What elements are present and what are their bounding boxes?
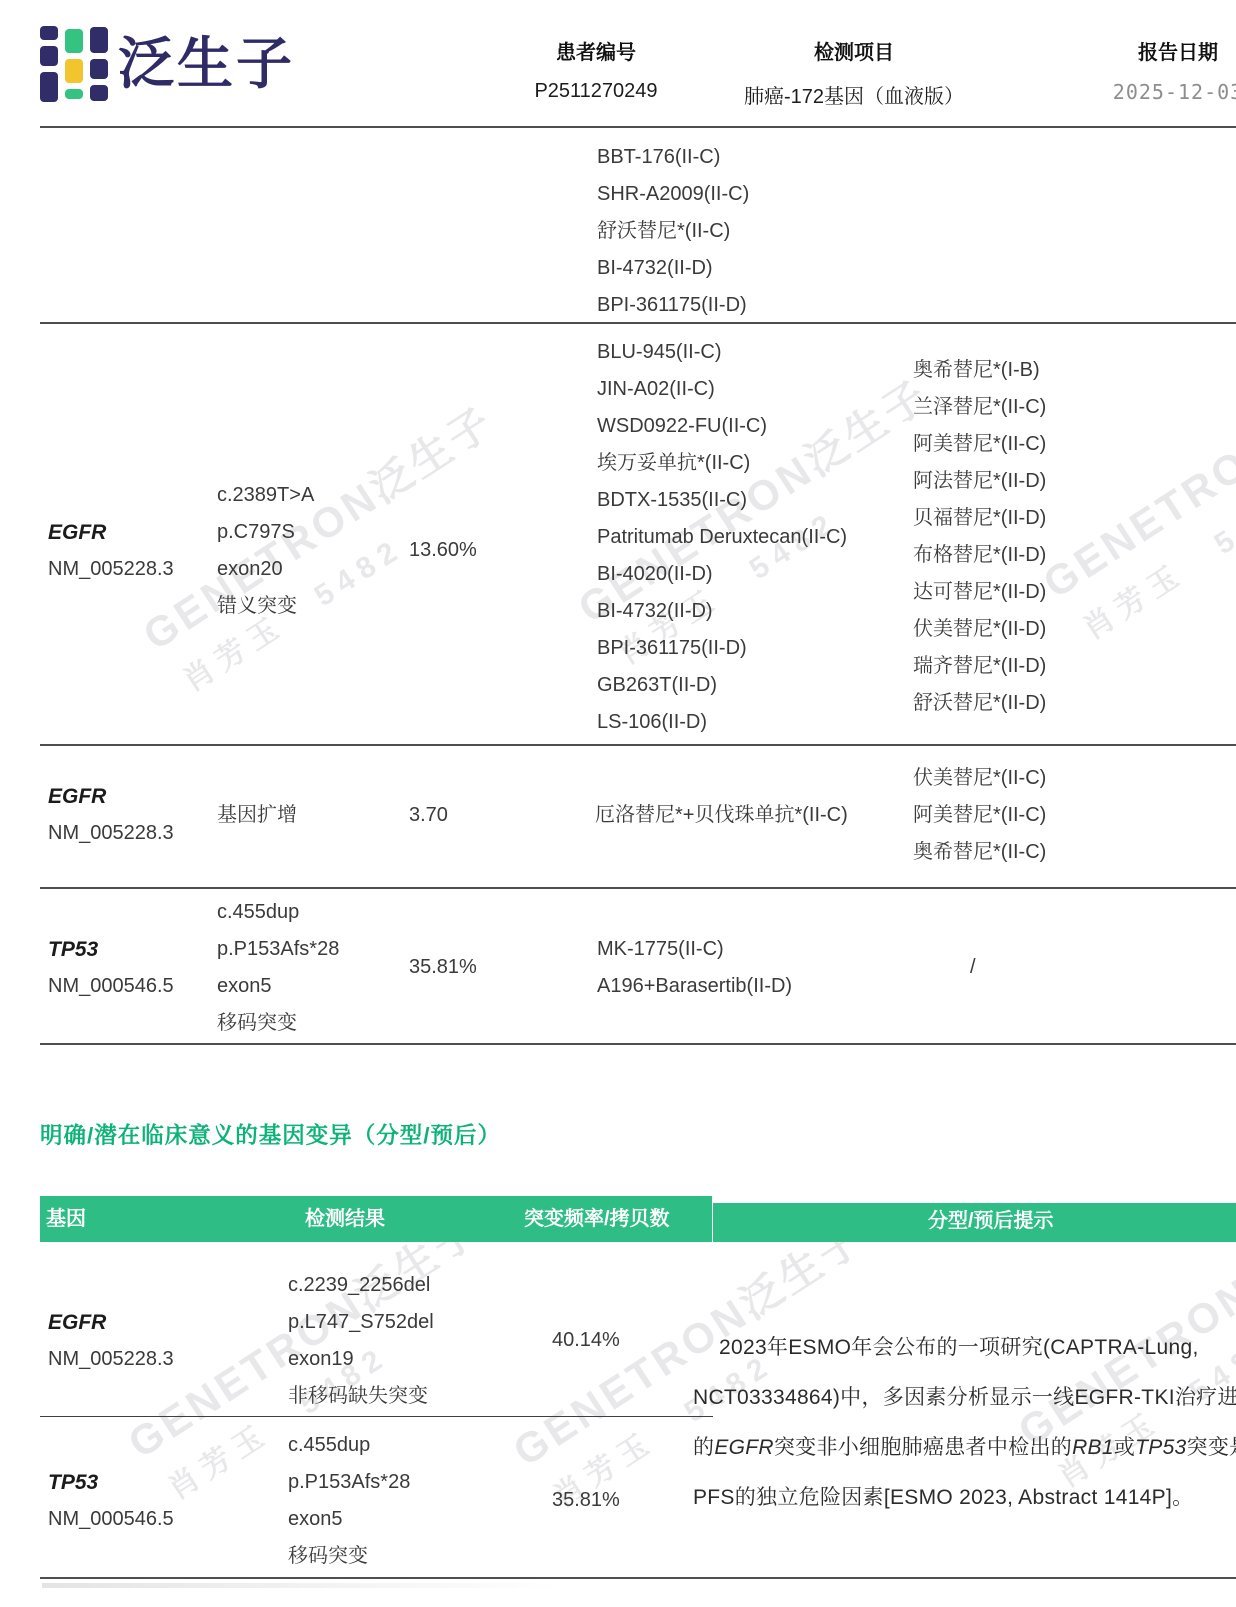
logo-block (40, 26, 58, 40)
result-line: 移码突变 (217, 1005, 339, 1042)
gene-name: TP53 (48, 1464, 98, 1501)
drug-item: BPI-361175(II-D) (597, 287, 749, 324)
transcript-id: NM_005228.3 (48, 551, 174, 588)
column-header-gene: 基因 (46, 1206, 86, 1232)
logo-block (40, 46, 58, 66)
divider (40, 1043, 1236, 1045)
approved-drug-list: / (970, 949, 976, 986)
logo-grid-col (40, 26, 58, 102)
drug-item: 舒沃替尼*(II-C) (597, 213, 749, 250)
drug-item: JIN-A02(II-C) (597, 371, 847, 408)
logo-grid-col (65, 29, 83, 99)
test-item-label: 检测项目 (754, 36, 954, 65)
watermark-subtext: 肖芳玉 5482 (1073, 393, 1236, 648)
result-line: c.2389T>A (217, 477, 314, 514)
result-line: exon19 (288, 1341, 434, 1378)
mutation-frequency: 35.81% (552, 1482, 620, 1519)
drug-item: SHR-A2009(II-C) (597, 176, 749, 213)
result-line: exon5 (288, 1501, 410, 1538)
patient-id-value: P2511270249 (490, 80, 702, 103)
result-line: p.P153Afs*28 (217, 931, 339, 968)
column-header-result: 检测结果 (305, 1206, 385, 1232)
note-segment: 突变非小细胞肺癌患者中检出的 (774, 1436, 1072, 1459)
genetron-logo: 泛生子 (40, 22, 295, 106)
drug-item: BI-4732(II-D) (597, 593, 847, 630)
watermark-text: GENETRON泛生子 (130, 390, 505, 663)
prognosis-note-line: 的EGFR突变非小细胞肺癌患者中检出的RB1或TP53突变是 (693, 1433, 1236, 1463)
drug-item: 舒沃替尼*(II-D) (913, 685, 1046, 722)
scan-artifact (42, 1583, 562, 1588)
result-line: exon5 (217, 968, 339, 1005)
result-line: c.2239_2256del (288, 1267, 434, 1304)
mutation-frequency: 40.14% (552, 1322, 620, 1359)
watermark-text: GENETRON泛生子 (1030, 338, 1236, 611)
result-lines: c.455dupp.P153Afs*28exon5移码突变 (288, 1427, 410, 1575)
genetron-logo-icon (40, 22, 108, 106)
note-segment: NCT03334864)中，多因素分析显示一线EGFR-TKI治疗进展 (693, 1386, 1236, 1409)
drug-item: 埃万妥单抗*(II-C) (597, 445, 847, 482)
report-page: GENETRON泛生子 肖芳玉 5482 GENETRON泛生子 肖芳玉 548… (0, 0, 1236, 1607)
drug-item: BI-4732(II-D) (597, 250, 749, 287)
trial-drug-list: BLU-945(II-C)JIN-A02(II-C)WSD0922-FU(II-… (597, 334, 847, 741)
drug-item: GB263T(II-D) (597, 667, 847, 704)
drug-item: BLU-945(II-C) (597, 334, 847, 371)
divider (40, 1577, 1236, 1579)
note-segment: EGFR (714, 1436, 774, 1459)
result-lines: c.2239_2256delp.L747_S752delexon19非移码缺失突… (288, 1267, 434, 1415)
gene-name: EGFR (48, 778, 106, 815)
logo-block (65, 89, 83, 99)
drug-item: WSD0922-FU(II-C) (597, 408, 847, 445)
drug-item: MK-1775(II-C) (597, 931, 792, 968)
drug-item: A196+Barasertib(II-D) (597, 968, 792, 1005)
result-line: p.P153Afs*28 (288, 1464, 410, 1501)
drug-item: 厄洛替尼*+贝伐珠单抗*(II-C) (595, 797, 848, 834)
transcript-id: NM_005228.3 (48, 815, 174, 852)
report-date-label: 报告日期 (1078, 36, 1236, 65)
drug-item: LS-106(II-D) (597, 704, 847, 741)
drug-item: 兰泽替尼*(II-C) (913, 389, 1046, 426)
logo-block (40, 72, 58, 102)
prognosis-note-line: NCT03334864)中，多因素分析显示一线EGFR-TKI治疗进展 (693, 1383, 1236, 1413)
prognosis-note-line: PFS的独立危险因素[ESMO 2023, Abstract 1414P]。 (693, 1483, 1193, 1513)
divider (40, 887, 1236, 889)
drug-item: 贝福替尼*(II-D) (913, 500, 1046, 537)
result-line: 错义突变 (217, 588, 314, 625)
prognosis-note-line: 2023年ESMO年会公布的一项研究(CAPTRA-Lung, (719, 1333, 1199, 1363)
logo-text: 泛生子 (118, 22, 295, 106)
note-segment: 2023年ESMO年会公布的一项研究(CAPTRA-Lung, (719, 1336, 1199, 1359)
mutation-frequency: 35.81% (409, 949, 477, 986)
column-header-frequency: 突变频率/拷贝数 (524, 1206, 670, 1232)
drug-item: 阿美替尼*(II-C) (913, 797, 1046, 834)
result-line: 非移码缺失突变 (288, 1378, 434, 1415)
drug-item: BBT-176(II-C) (597, 139, 749, 176)
drug-item: 奥希替尼*(II-C) (913, 834, 1046, 871)
patient-id-label: 患者编号 (490, 36, 702, 65)
logo-block (90, 85, 108, 101)
drug-item: Patritumab Deruxtecan(II-C) (597, 519, 847, 556)
logo-block (90, 27, 108, 53)
test-item-value: 肺癌-172基因（血液版） (694, 80, 1014, 109)
trial-drug-list: MK-1775(II-C)A196+Barasertib(II-D) (597, 931, 792, 1005)
logo-block (90, 59, 108, 79)
mutation-frequency: 13.60% (409, 532, 477, 569)
drug-item: BDTX-1535(II-C) (597, 482, 847, 519)
drug-item: / (970, 949, 976, 986)
drug-item: 伏美替尼*(II-D) (913, 611, 1046, 648)
drug-item: 布格替尼*(II-D) (913, 537, 1046, 574)
divider (40, 126, 1236, 128)
divider (40, 1416, 713, 1417)
result-line: exon20 (217, 551, 314, 588)
result-line: 基因扩增 (217, 797, 297, 834)
result-line: c.455dup (288, 1427, 410, 1464)
trial-drug-list: 厄洛替尼*+贝伐珠单抗*(II-C) (595, 797, 848, 834)
drug-item: 奥希替尼*(I-B) (913, 352, 1046, 389)
watermark: GENETRON泛生子 肖芳玉 5482 (1030, 338, 1236, 652)
column-header-prognosis: 分型/预后提示 (928, 1208, 1054, 1234)
copy-number: 3.70 (409, 797, 448, 834)
note-segment: 的 (693, 1436, 714, 1459)
result-line: p.L747_S752del (288, 1304, 434, 1341)
note-segment: 或 (1114, 1436, 1135, 1459)
approved-drug-list: 奥希替尼*(I-B)兰泽替尼*(II-C)阿美替尼*(II-C)阿法替尼*(II… (913, 352, 1046, 722)
report-date-value: 2025-12-03 (1078, 80, 1236, 104)
result-lines: c.2389T>Ap.C797Sexon20错义突变 (217, 477, 314, 625)
drug-item: BI-4020(II-D) (597, 556, 847, 593)
result-line: 移码突变 (288, 1538, 410, 1575)
gene-name: TP53 (48, 931, 98, 968)
gene-name: EGFR (48, 1304, 106, 1341)
approved-drug-list: 伏美替尼*(II-C)阿美替尼*(II-C)奥希替尼*(II-C) (913, 760, 1046, 871)
note-segment: 突变是 (1187, 1436, 1236, 1459)
logo-grid-col (90, 27, 108, 101)
result-line: c.455dup (217, 894, 339, 931)
divider (40, 744, 1236, 746)
watermark: GENETRON泛生子 肖芳玉 5482 (500, 1206, 902, 1520)
logo-block (65, 29, 83, 53)
trial-drug-list: BBT-176(II-C)SHR-A2009(II-C)舒沃替尼*(II-C)B… (597, 139, 749, 324)
note-segment: TP53 (1135, 1436, 1186, 1459)
gene-name: EGFR (48, 514, 106, 551)
transcript-id: NM_000546.5 (48, 1501, 174, 1538)
result-lines: c.455dupp.P153Afs*28exon5移码突变 (217, 894, 339, 1042)
drug-item: 伏美替尼*(II-C) (913, 760, 1046, 797)
logo-block (65, 59, 83, 83)
drug-item: 阿法替尼*(II-D) (913, 463, 1046, 500)
drug-item: BPI-361175(II-D) (597, 630, 847, 667)
section-title: 明确/潜在临床意义的基因变异（分型/预后） (40, 1118, 501, 1150)
drug-item: 达可替尼*(II-D) (913, 574, 1046, 611)
transcript-id: NM_005228.3 (48, 1341, 174, 1378)
note-segment: RB1 (1072, 1436, 1114, 1459)
drug-item: 阿美替尼*(II-C) (913, 426, 1046, 463)
drug-item: 瑞齐替尼*(II-D) (913, 648, 1046, 685)
transcript-id: NM_000546.5 (48, 968, 174, 1005)
result-line: p.C797S (217, 514, 314, 551)
result-lines: 基因扩增 (217, 797, 297, 834)
note-segment: PFS的独立危险因素[ESMO 2023, Abstract 1414P]。 (693, 1486, 1193, 1509)
